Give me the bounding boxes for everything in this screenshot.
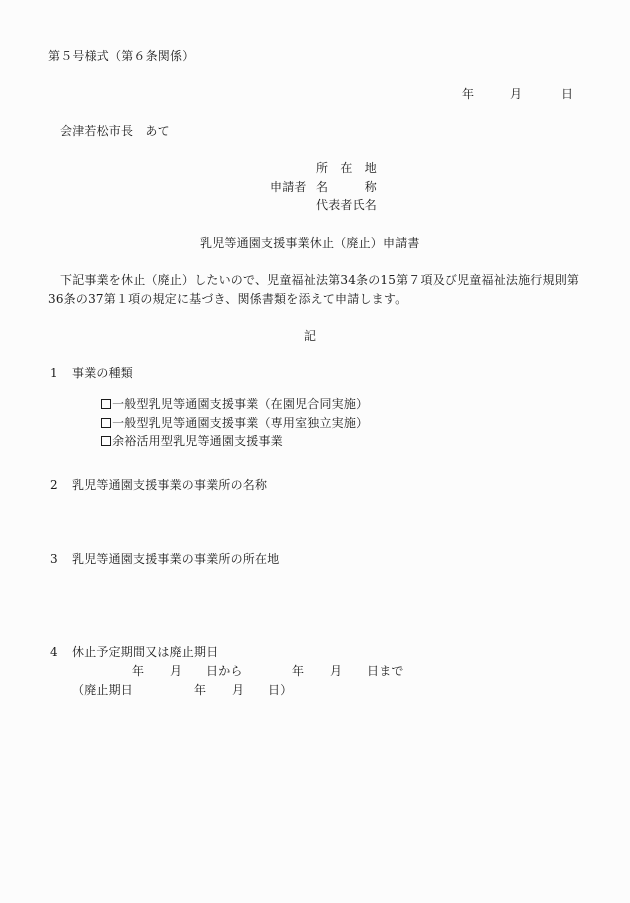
body-line-1: 下記事業を休止（廃止）したいので、児童福祉法第34条の15第７項及び児童福祉法施…	[60, 274, 579, 286]
ki-heading: 記	[304, 330, 316, 342]
section-4-label: 休止予定期間又は廃止期日	[72, 646, 218, 658]
date-year-label: 年	[462, 88, 474, 100]
applicant-label: 申請者	[270, 181, 307, 193]
period-from-year: 年	[132, 665, 144, 677]
section-2-label: 乳児等通園支援事業の事業所の名称	[72, 479, 267, 491]
document-title: 乳児等通園支援事業休止（廃止）申請書	[200, 237, 420, 249]
applicant-representative-label: 代表者氏名	[316, 199, 377, 211]
section-4-number: 4	[50, 646, 58, 658]
period-to-month: 月	[330, 665, 342, 677]
form-number: 第５号様式（第６条関係）	[48, 50, 194, 62]
section-3-number: 3	[50, 553, 58, 565]
section-2-number: 2	[50, 479, 58, 491]
abolition-day: 日）	[268, 684, 292, 696]
period-to-day: 日まで	[367, 665, 404, 677]
body-line-2: 36条の37第１項の規定に基づき、関係書類を添えて申請します。	[48, 293, 407, 305]
applicant-name-label: 名 称	[316, 181, 377, 193]
period-to-year: 年	[292, 665, 304, 677]
date-day-label: 日	[561, 88, 573, 100]
abolition-date-label: （廃止期日	[72, 684, 133, 696]
date-month-label: 月	[510, 88, 522, 100]
section-1-label: 事業の種類	[72, 367, 133, 379]
period-from-day: 日から	[206, 665, 243, 677]
applicant-address-label: 所 在 地	[316, 162, 377, 174]
checkbox-icon[interactable]	[101, 436, 111, 446]
period-from-month: 月	[170, 665, 182, 677]
business-type-option-3[interactable]: 余裕活用型乳児等通園支援事業	[85, 423, 283, 459]
option-label: 余裕活用型乳児等通園支援事業	[112, 434, 283, 448]
abolition-year: 年	[194, 684, 206, 696]
abolition-month: 月	[232, 684, 244, 696]
section-3-label: 乳児等通園支援事業の事業所の所在地	[72, 553, 279, 565]
addressee: 会津若松市長 あて	[60, 125, 170, 137]
section-1-number: 1	[50, 367, 58, 379]
